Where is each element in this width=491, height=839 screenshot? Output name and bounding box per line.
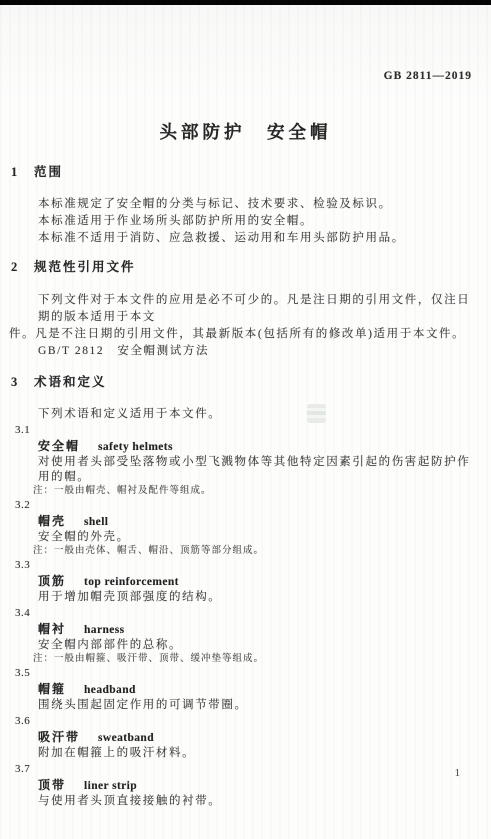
term-note: 注：一般由壳体、帽舌、帽沿、顶筋等部分组成。 [33,545,482,557]
scope-line: 本标准适用于作业场所头部防护所用的安全帽。 [38,213,482,230]
term-name: 帽箍 headband [38,681,482,698]
term-definition: 安全帽的外壳。 [38,530,482,545]
scope-line: 本标准规定了安全帽的分类与标记、技术要求、检验及标识。 [38,196,482,213]
term-definition: 与使用者头顶直接接触的衬带。 [38,794,482,809]
term-zh: 帽衬 [38,622,66,636]
term-number: 3.6 [15,714,482,729]
term-name: 帽壳 shell [38,513,482,530]
section-number: 2 [11,261,34,274]
term-entry: 3.1 安全帽 safety helmets 对使用者头部受坠落物或小型飞溅物体… [9,423,482,497]
term-zh: 顶筋 [38,574,66,588]
terms-intro: 下列术语和定义适用于本文件。 [38,406,482,423]
document-title: 头部防护 安全帽 [0,119,491,144]
document-body: 1 范围 本标准规定了安全帽的分类与标记、技术要求、检验及标识。 本标准适用于作… [9,166,482,810]
term-definition: 安全帽内部部件的总称。 [38,638,482,653]
term-number: 3.2 [15,498,482,513]
term-en: headband [84,684,136,696]
term-entry: 3.6 吸汗带 sweatband 附加在帽箍上的吸汗材料。 [9,714,482,761]
term-name: 顶带 liner strip [38,777,482,794]
term-number: 3.1 [15,423,482,438]
term-en: top reinforcement [84,576,179,588]
section-title: 范围 [34,166,63,179]
term-number: 3.7 [15,762,482,777]
term-note: 注：一般由帽箍、吸汗带、顶带、缓冲垫等组成。 [33,653,482,665]
term-definition: 围绕头围起固定作用的可调节带圈。 [38,698,482,713]
section-number: 3 [11,376,34,389]
term-number: 3.3 [15,558,482,573]
section-1-heading: 1 范围 [11,166,482,179]
scan-top-edge [0,0,491,5]
term-definition: 附加在帽箍上的吸汗材料。 [38,746,482,761]
document-page: GB 2811—2019 头部防护 安全帽 1 范围 本标准规定了安全帽的分类与… [0,0,491,839]
section-2-heading: 2 规范性引用文件 [11,261,482,274]
term-zh: 顶带 [38,778,66,792]
term-name: 吸汗带 sweatband [38,729,482,746]
term-en: safety helmets [98,441,173,453]
term-en: sweatband [98,732,154,744]
term-entry: 3.2 帽壳 shell 安全帽的外壳。 注：一般由壳体、帽舌、帽沿、顶筋等部分… [9,498,482,557]
term-entry: 3.5 帽箍 headband 围绕头围起固定作用的可调节带圈。 [9,666,482,713]
term-zh: 吸汗带 [38,730,80,744]
scope-paragraphs: 本标准规定了安全帽的分类与标记、技术要求、检验及标识。 本标准适用于作业场所头部… [9,196,482,247]
term-entry: 3.3 顶筋 top reinforcement 用于增加帽壳顶部强度的结构。 [9,558,482,605]
term-number: 3.4 [15,606,482,621]
normative-refs-paragraph-line: 下列文件对于本文件的应用是必不可少的。凡是注日期的引用文件，仅注日期的版本适用于… [38,292,482,326]
term-en: shell [84,516,108,528]
term-name: 顶筋 top reinforcement [38,573,482,590]
term-entry: 3.4 帽衬 harness 安全帽内部部件的总称。 注：一般由帽箍、吸汗带、顶… [9,606,482,665]
term-name: 帽衬 harness [38,621,482,638]
term-number: 3.5 [15,666,482,681]
term-name: 安全帽 safety helmets [38,438,482,455]
term-en: harness [84,624,125,636]
term-zh: 帽壳 [38,514,66,528]
term-en: liner strip [84,780,137,792]
term-zh: 帽箍 [38,682,66,696]
scope-line: 本标准不适用于消防、应急救援、运动用和车用头部防护用品。 [38,230,482,247]
section-number: 1 [11,166,34,179]
section-title: 规范性引用文件 [34,261,136,274]
page-number: 1 [455,768,460,779]
normative-refs-paragraph-line: 件。凡是不注日期的引用文件，其最新版本(包括所有的修改单)适用于本文件。 [9,326,482,343]
term-definition: 对使用者头部受坠落物或小型飞溅物体等其他特定因素引起的伤害起防护作用的帽。 [38,455,482,485]
term-entry: 3.7 顶带 liner strip 与使用者头顶直接接触的衬带。 [9,762,482,809]
section-title: 术语和定义 [34,376,107,389]
normative-reference-entry: GB/T 2812 安全帽测试方法 [38,343,482,360]
term-definition: 用于增加帽壳顶部强度的结构。 [38,590,482,605]
standard-number: GB 2811—2019 [384,70,472,82]
term-zh: 安全帽 [38,439,80,453]
section-3-heading: 3 术语和定义 [11,376,482,389]
term-note: 注：一般由帽壳、帽衬及配件等组成。 [33,485,482,497]
